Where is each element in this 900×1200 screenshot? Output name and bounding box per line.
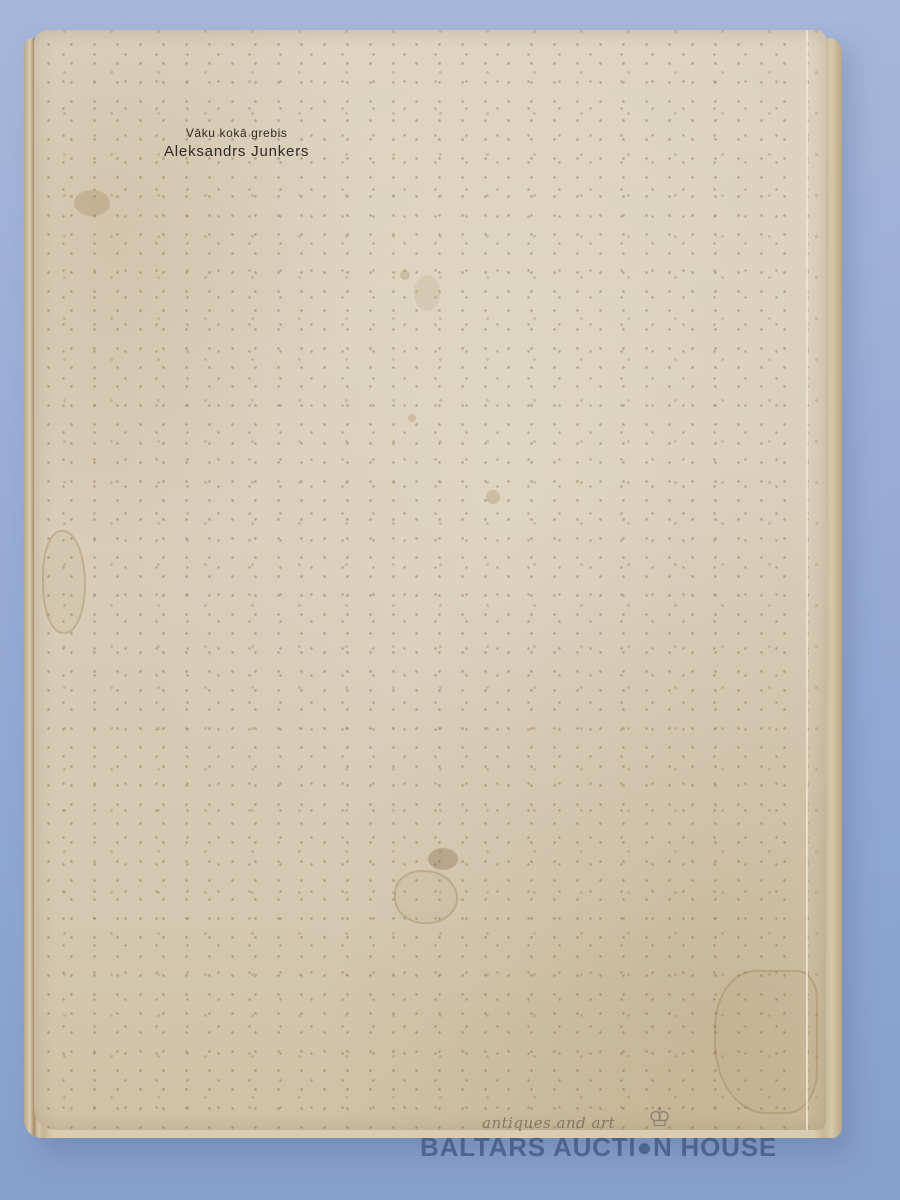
auction-house-watermark: ♔ antiques and art BALTARS AUCTI●N HOUSE — [420, 1112, 820, 1172]
water-stain — [394, 870, 458, 924]
water-stain — [714, 970, 818, 1114]
book-back-cover: Vāku kokā grebis Aleksandrs Junkers — [34, 30, 826, 1130]
stain — [400, 270, 410, 280]
stain — [414, 275, 440, 311]
fingerprint-stain — [428, 848, 458, 870]
spine-fold — [806, 30, 808, 1130]
stain — [486, 490, 500, 504]
watermark-tagline: antiques and art — [482, 1114, 615, 1132]
cover-imprint: Vāku kokā grebis Aleksandrs Junkers — [164, 126, 309, 160]
foxing-speckles — [34, 30, 826, 1130]
imprint-credit: Vāku kokā grebis — [164, 126, 309, 140]
crown-icon: ♔ — [648, 1102, 671, 1133]
water-stain — [42, 530, 86, 634]
stain — [74, 190, 110, 216]
watermark-brand: BALTARS AUCTI●N HOUSE — [420, 1132, 777, 1163]
imprint-artist: Aleksandrs Junkers — [164, 143, 309, 160]
stain — [408, 414, 416, 422]
